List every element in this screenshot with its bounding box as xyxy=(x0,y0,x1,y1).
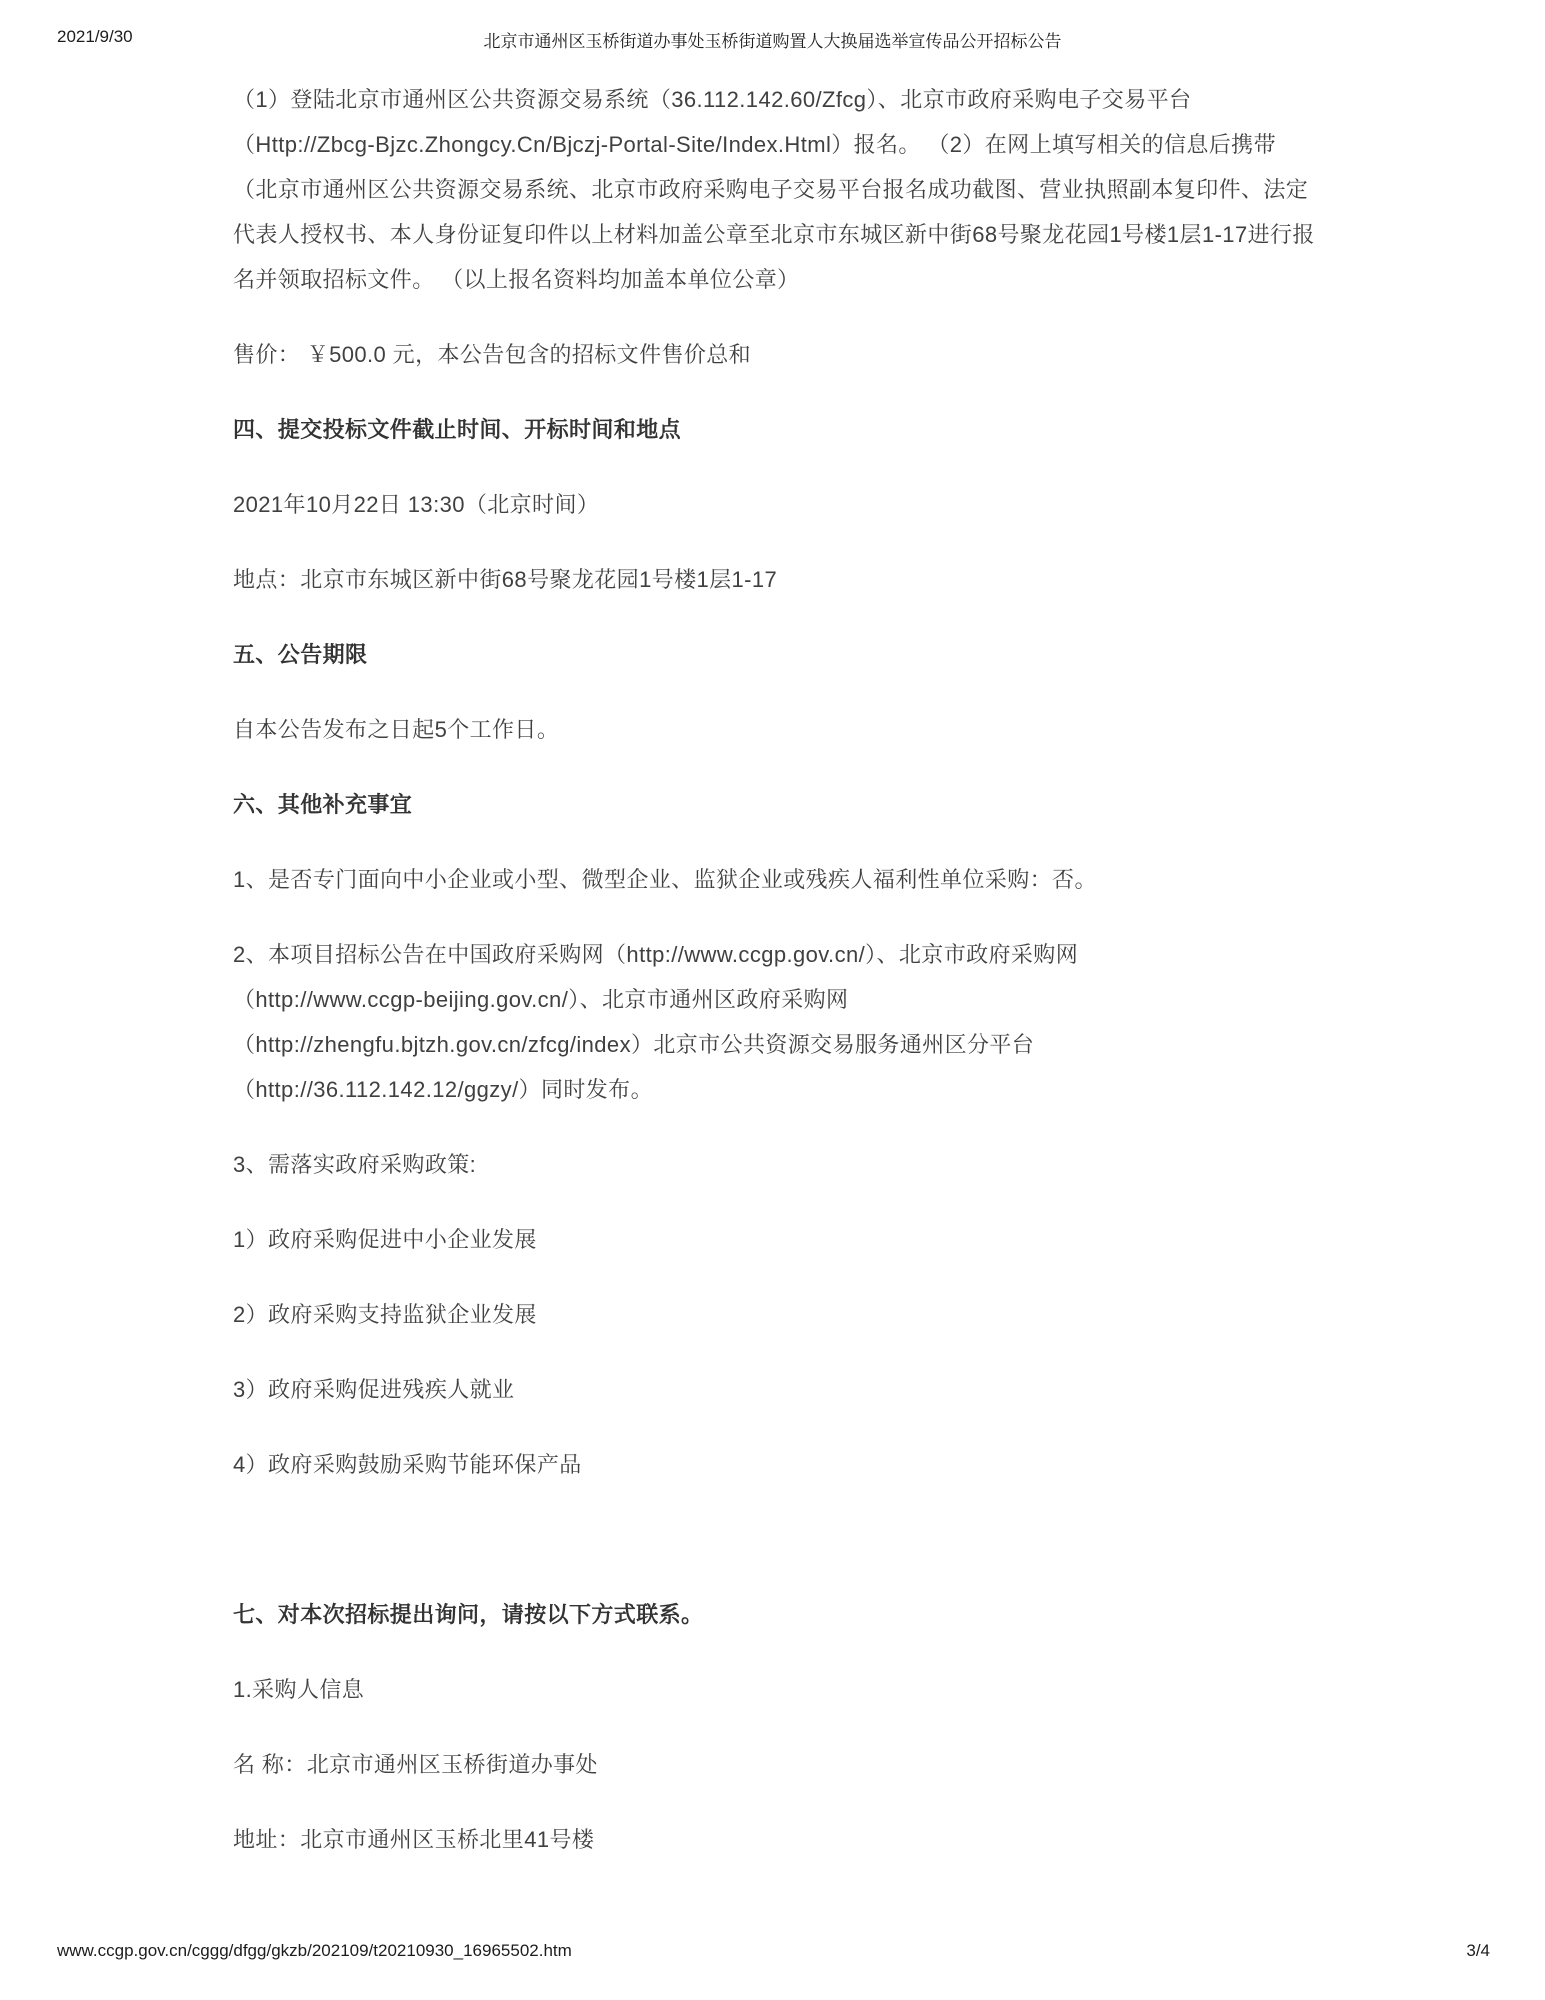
paragraph: 2、本项目招标公告在中国政府采购网（http://www.ccgp.gov.cn… xyxy=(233,932,1503,1112)
paragraph: 地点：北京市东城区新中街68号聚龙花园1号楼1层1-17 xyxy=(233,557,1503,602)
paragraph: 地址：北京市通州区玉桥北里41号楼 xyxy=(233,1817,1503,1862)
text-line: （Http://Zbcg-Bjzc.Zhongcy.Cn/Bjczj-Porta… xyxy=(233,122,1503,167)
page-footer: www.ccgp.gov.cn/cggg/dfgg/gkzb/202109/t2… xyxy=(57,1941,1490,1961)
text-line xyxy=(233,1517,1503,1562)
source-url: www.ccgp.gov.cn/cggg/dfgg/gkzb/202109/t2… xyxy=(57,1941,572,1961)
text-line: 七、对本次招标提出询问，请按以下方式联系。 xyxy=(233,1592,1503,1637)
paragraph: 名 称：北京市通州区玉桥街道办事处 xyxy=(233,1742,1503,1787)
paragraph: 3、需落实政府采购政策: xyxy=(233,1142,1503,1187)
text-line: （http://www.ccgp-beijing.gov.cn/）、北京市通州区… xyxy=(233,977,1503,1022)
section-heading: 六、其他补充事宜 xyxy=(233,782,1503,827)
paragraph: 2）政府采购支持监狱企业发展 xyxy=(233,1292,1503,1337)
section-heading: 五、公告期限 xyxy=(233,632,1503,677)
text-line: 地点：北京市东城区新中街68号聚龙花园1号楼1层1-17 xyxy=(233,557,1503,602)
text-line: 2）政府采购支持监狱企业发展 xyxy=(233,1292,1503,1337)
blank-line xyxy=(233,1517,1503,1562)
paragraph: 2021年10月22日 13:30（北京时间） xyxy=(233,482,1503,527)
section-heading: 七、对本次招标提出询问，请按以下方式联系。 xyxy=(233,1592,1503,1637)
print-date: 2021/9/30 xyxy=(57,27,133,47)
text-line: 1）政府采购促进中小企业发展 xyxy=(233,1217,1503,1262)
document-body: （1）登陆北京市通州区公共资源交易系统（36.112.142.60/Zfcg）、… xyxy=(233,77,1503,1862)
text-line: （1）登陆北京市通州区公共资源交易系统（36.112.142.60/Zfcg）、… xyxy=(233,77,1503,122)
paragraph: 1、是否专门面向中小企业或小型、微型企业、监狱企业或残疾人福利性单位采购：否。 xyxy=(233,857,1503,902)
text-line: 2、本项目招标公告在中国政府采购网（http://www.ccgp.gov.cn… xyxy=(233,932,1503,977)
text-line: （北京市通州区公共资源交易系统、北京市政府采购电子交易平台报名成功截图、营业执照… xyxy=(233,167,1503,212)
text-line: 4）政府采购鼓励采购节能环保产品 xyxy=(233,1442,1503,1487)
page-number: 3/4 xyxy=(1466,1941,1490,1961)
text-line: 2021年10月22日 13:30（北京时间） xyxy=(233,482,1503,527)
text-line: 3）政府采购促进残疾人就业 xyxy=(233,1367,1503,1412)
paragraph: 3）政府采购促进残疾人就业 xyxy=(233,1367,1503,1412)
paragraph: 1）政府采购促进中小企业发展 xyxy=(233,1217,1503,1262)
text-line: 地址：北京市通州区玉桥北里41号楼 xyxy=(233,1817,1503,1862)
paragraph: 4）政府采购鼓励采购节能环保产品 xyxy=(233,1442,1503,1487)
paragraph: （1）登陆北京市通州区公共资源交易系统（36.112.142.60/Zfcg）、… xyxy=(233,77,1503,302)
text-line: 名 称：北京市通州区玉桥街道办事处 xyxy=(233,1742,1503,1787)
section-heading: 四、提交投标文件截止时间、开标时间和地点 xyxy=(233,407,1503,452)
text-line: 四、提交投标文件截止时间、开标时间和地点 xyxy=(233,407,1503,452)
text-line: 自本公告发布之日起5个工作日。 xyxy=(233,707,1503,752)
paragraph: 售价： ￥500.0 元，本公告包含的招标文件售价总和 xyxy=(233,332,1503,377)
page-header: 2021/9/30 北京市通州区玉桥街道办事处玉桥街道购置人大换届选举宣传品公开… xyxy=(0,27,1545,51)
text-line: （http://36.112.142.12/ggzy/）同时发布。 xyxy=(233,1067,1503,1112)
text-line: 五、公告期限 xyxy=(233,632,1503,677)
text-line: 3、需落实政府采购政策: xyxy=(233,1142,1503,1187)
text-line: （http://zhengfu.bjtzh.gov.cn/zfcg/index）… xyxy=(233,1022,1503,1067)
text-line: 代表人授权书、本人身份证复印件以上材料加盖公章至北京市东城区新中街68号聚龙花园… xyxy=(233,212,1503,257)
text-line: 售价： ￥500.0 元，本公告包含的招标文件售价总和 xyxy=(233,332,1503,377)
printed-document-page: 2021/9/30 北京市通州区玉桥街道办事处玉桥街道购置人大换届选举宣传品公开… xyxy=(0,0,1545,2000)
text-line: 1、是否专门面向中小企业或小型、微型企业、监狱企业或残疾人福利性单位采购：否。 xyxy=(233,857,1503,902)
paragraph: 自本公告发布之日起5个工作日。 xyxy=(233,707,1503,752)
document-title: 北京市通州区玉桥街道办事处玉桥街道购置人大换届选举宣传品公开招标公告 xyxy=(170,27,1375,52)
text-line: 1.采购人信息 xyxy=(233,1667,1503,1712)
text-line: 名并领取招标文件。 （以上报名资料均加盖本单位公章） xyxy=(233,257,1503,302)
paragraph: 1.采购人信息 xyxy=(233,1667,1503,1712)
text-line: 六、其他补充事宜 xyxy=(233,782,1503,827)
